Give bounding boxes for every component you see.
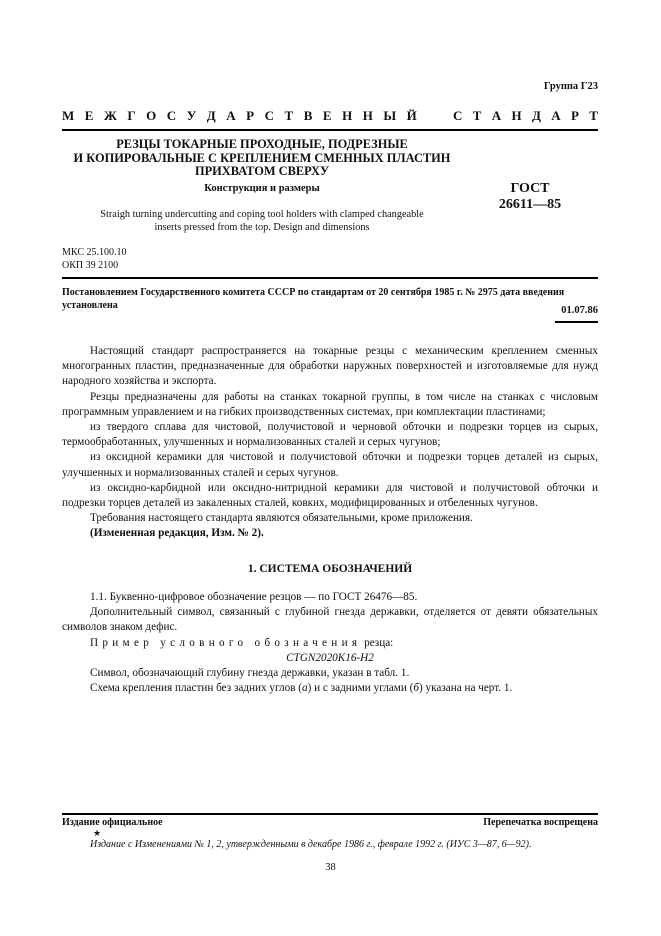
text-span: ) указана на черт. 1. <box>419 682 512 694</box>
example-label-suffix: резца: <box>361 637 393 649</box>
okp-code: ОКП 39 2100 <box>62 260 126 273</box>
standard-word: СТАНДАРТ <box>453 108 598 124</box>
header-letter: Ж <box>104 108 117 124</box>
text-span: ) и с задними углами ( <box>308 682 414 694</box>
header-letter: Т <box>473 108 482 124</box>
official-edition-label: Издание официальное <box>62 817 163 828</box>
intro-paragraph: Настоящий стандарт распространяется на т… <box>62 344 598 390</box>
codes-rule <box>62 277 598 279</box>
gost-label: ГОСТ <box>462 181 598 197</box>
header-letter: Т <box>285 108 294 124</box>
header-letter: В <box>304 108 313 124</box>
interstate-standard-header: МЕЖГОСУДАРСТВЕННЫЙ СТАНДАРТ <box>62 108 598 124</box>
effective-date: 01.07.86 <box>561 305 598 316</box>
english-title: Straigh turning undercutting and coping … <box>62 208 462 234</box>
interstate-word: МЕЖГОСУДАРСТВЕННЫЙ <box>62 108 417 124</box>
edition-footnote: Издание с Изменениями № 1, 2, утвержденн… <box>62 839 598 850</box>
header-letter: Н <box>511 108 521 124</box>
gost-designation: ГОСТ 26611—85 <box>462 181 598 213</box>
intro-paragraph: из твердого сплава для чистовой, получис… <box>62 420 598 450</box>
amendment-note: (Измененная редакция, Изм. № 2). <box>62 526 598 541</box>
english-title-line: inserts pressed from the top. Design and… <box>62 221 462 234</box>
header-letter: У <box>187 108 197 124</box>
header-letter: Н <box>342 108 352 124</box>
section-paragraph: Схема крепления пластин без задних углов… <box>62 681 598 696</box>
title-line: ПРИХВАТОМ СВЕРХУ <box>62 165 462 179</box>
section-paragraph: Символ, обозначающий глубину гнезда держ… <box>62 666 598 681</box>
header-letter: Г <box>127 108 135 124</box>
footer-rule <box>62 813 598 815</box>
text-span: Схема крепления пластин без задних углов… <box>90 682 302 694</box>
header-letter: Е <box>85 108 94 124</box>
section-1-text: 1.1. Буквенно-цифровое обозначение резцо… <box>62 590 598 696</box>
title-line: РЕЗЦЫ ТОКАРНЫЕ ПРОХОДНЫЕ, ПОДРЕЗНЫЕ <box>62 138 462 152</box>
header-letter: Р <box>246 108 254 124</box>
date-underline <box>555 321 598 323</box>
example-code: CTGN2020K16-H2 <box>62 651 598 666</box>
star-icon: ★ <box>93 828 101 839</box>
header-letter: А <box>551 108 560 124</box>
page-number: 38 <box>0 862 661 873</box>
intro-paragraph: Резцы предназначены для работы на станка… <box>62 390 598 420</box>
header-letter: Д <box>207 108 216 124</box>
decree-text: Постановлением Государственного комитета… <box>62 287 598 312</box>
header-letter: Н <box>363 108 373 124</box>
header-rule <box>62 129 598 131</box>
header-letter: Е <box>323 108 332 124</box>
header-letter: С <box>453 108 462 124</box>
header-letter: Й <box>407 108 417 124</box>
section-heading: 1. СИСТЕМА ОБОЗНАЧЕНИЙ <box>62 563 598 575</box>
section-paragraph: Дополнительный символ, связанный с глуби… <box>62 605 598 635</box>
intro-paragraph: Требования настоящего стандарта являются… <box>62 511 598 526</box>
header-letter: А <box>492 108 501 124</box>
header-letter: С <box>167 108 176 124</box>
english-title-line: Straigh turning undercutting and coping … <box>62 208 462 221</box>
header-letter: С <box>265 108 274 124</box>
document-title: РЕЗЦЫ ТОКАРНЫЕ ПРОХОДНЫЕ, ПОДРЕЗНЫЕ И КО… <box>62 138 462 179</box>
example-label: Пример условного обозначения резца: <box>62 636 598 651</box>
document-subtitle: Конструкция и размеры <box>62 183 462 194</box>
title-line: И КОПИРОВАЛЬНЫЕ С КРЕПЛЕНИЕМ СМЕННЫХ ПЛА… <box>62 152 462 166</box>
section-paragraph: 1.1. Буквенно-цифровое обозначение резцо… <box>62 590 598 605</box>
header-letter: Ы <box>383 108 396 124</box>
header-letter: М <box>62 108 74 124</box>
intro-paragraph: из оксидно-карбидной или оксидно-нитридн… <box>62 481 598 511</box>
introduction: Настоящий стандарт распространяется на т… <box>62 344 598 542</box>
header-letter: Т <box>589 108 598 124</box>
example-label-spaced: Пример условного обозначения <box>90 637 361 649</box>
header-letter: А <box>226 108 235 124</box>
mks-code: МКС 25.100.10 <box>62 247 126 260</box>
header-letter: Р <box>571 108 579 124</box>
header-letter: О <box>146 108 156 124</box>
classification-codes: МКС 25.100.10 ОКП 39 2100 <box>62 247 126 272</box>
header-letter: Д <box>532 108 541 124</box>
group-label: Группа Г23 <box>544 81 598 92</box>
reprint-prohibited-label: Перепечатка воспрещена <box>483 817 598 828</box>
gost-number: 26611—85 <box>462 197 598 213</box>
intro-paragraph: из оксидной керамики для чистовой и полу… <box>62 450 598 480</box>
